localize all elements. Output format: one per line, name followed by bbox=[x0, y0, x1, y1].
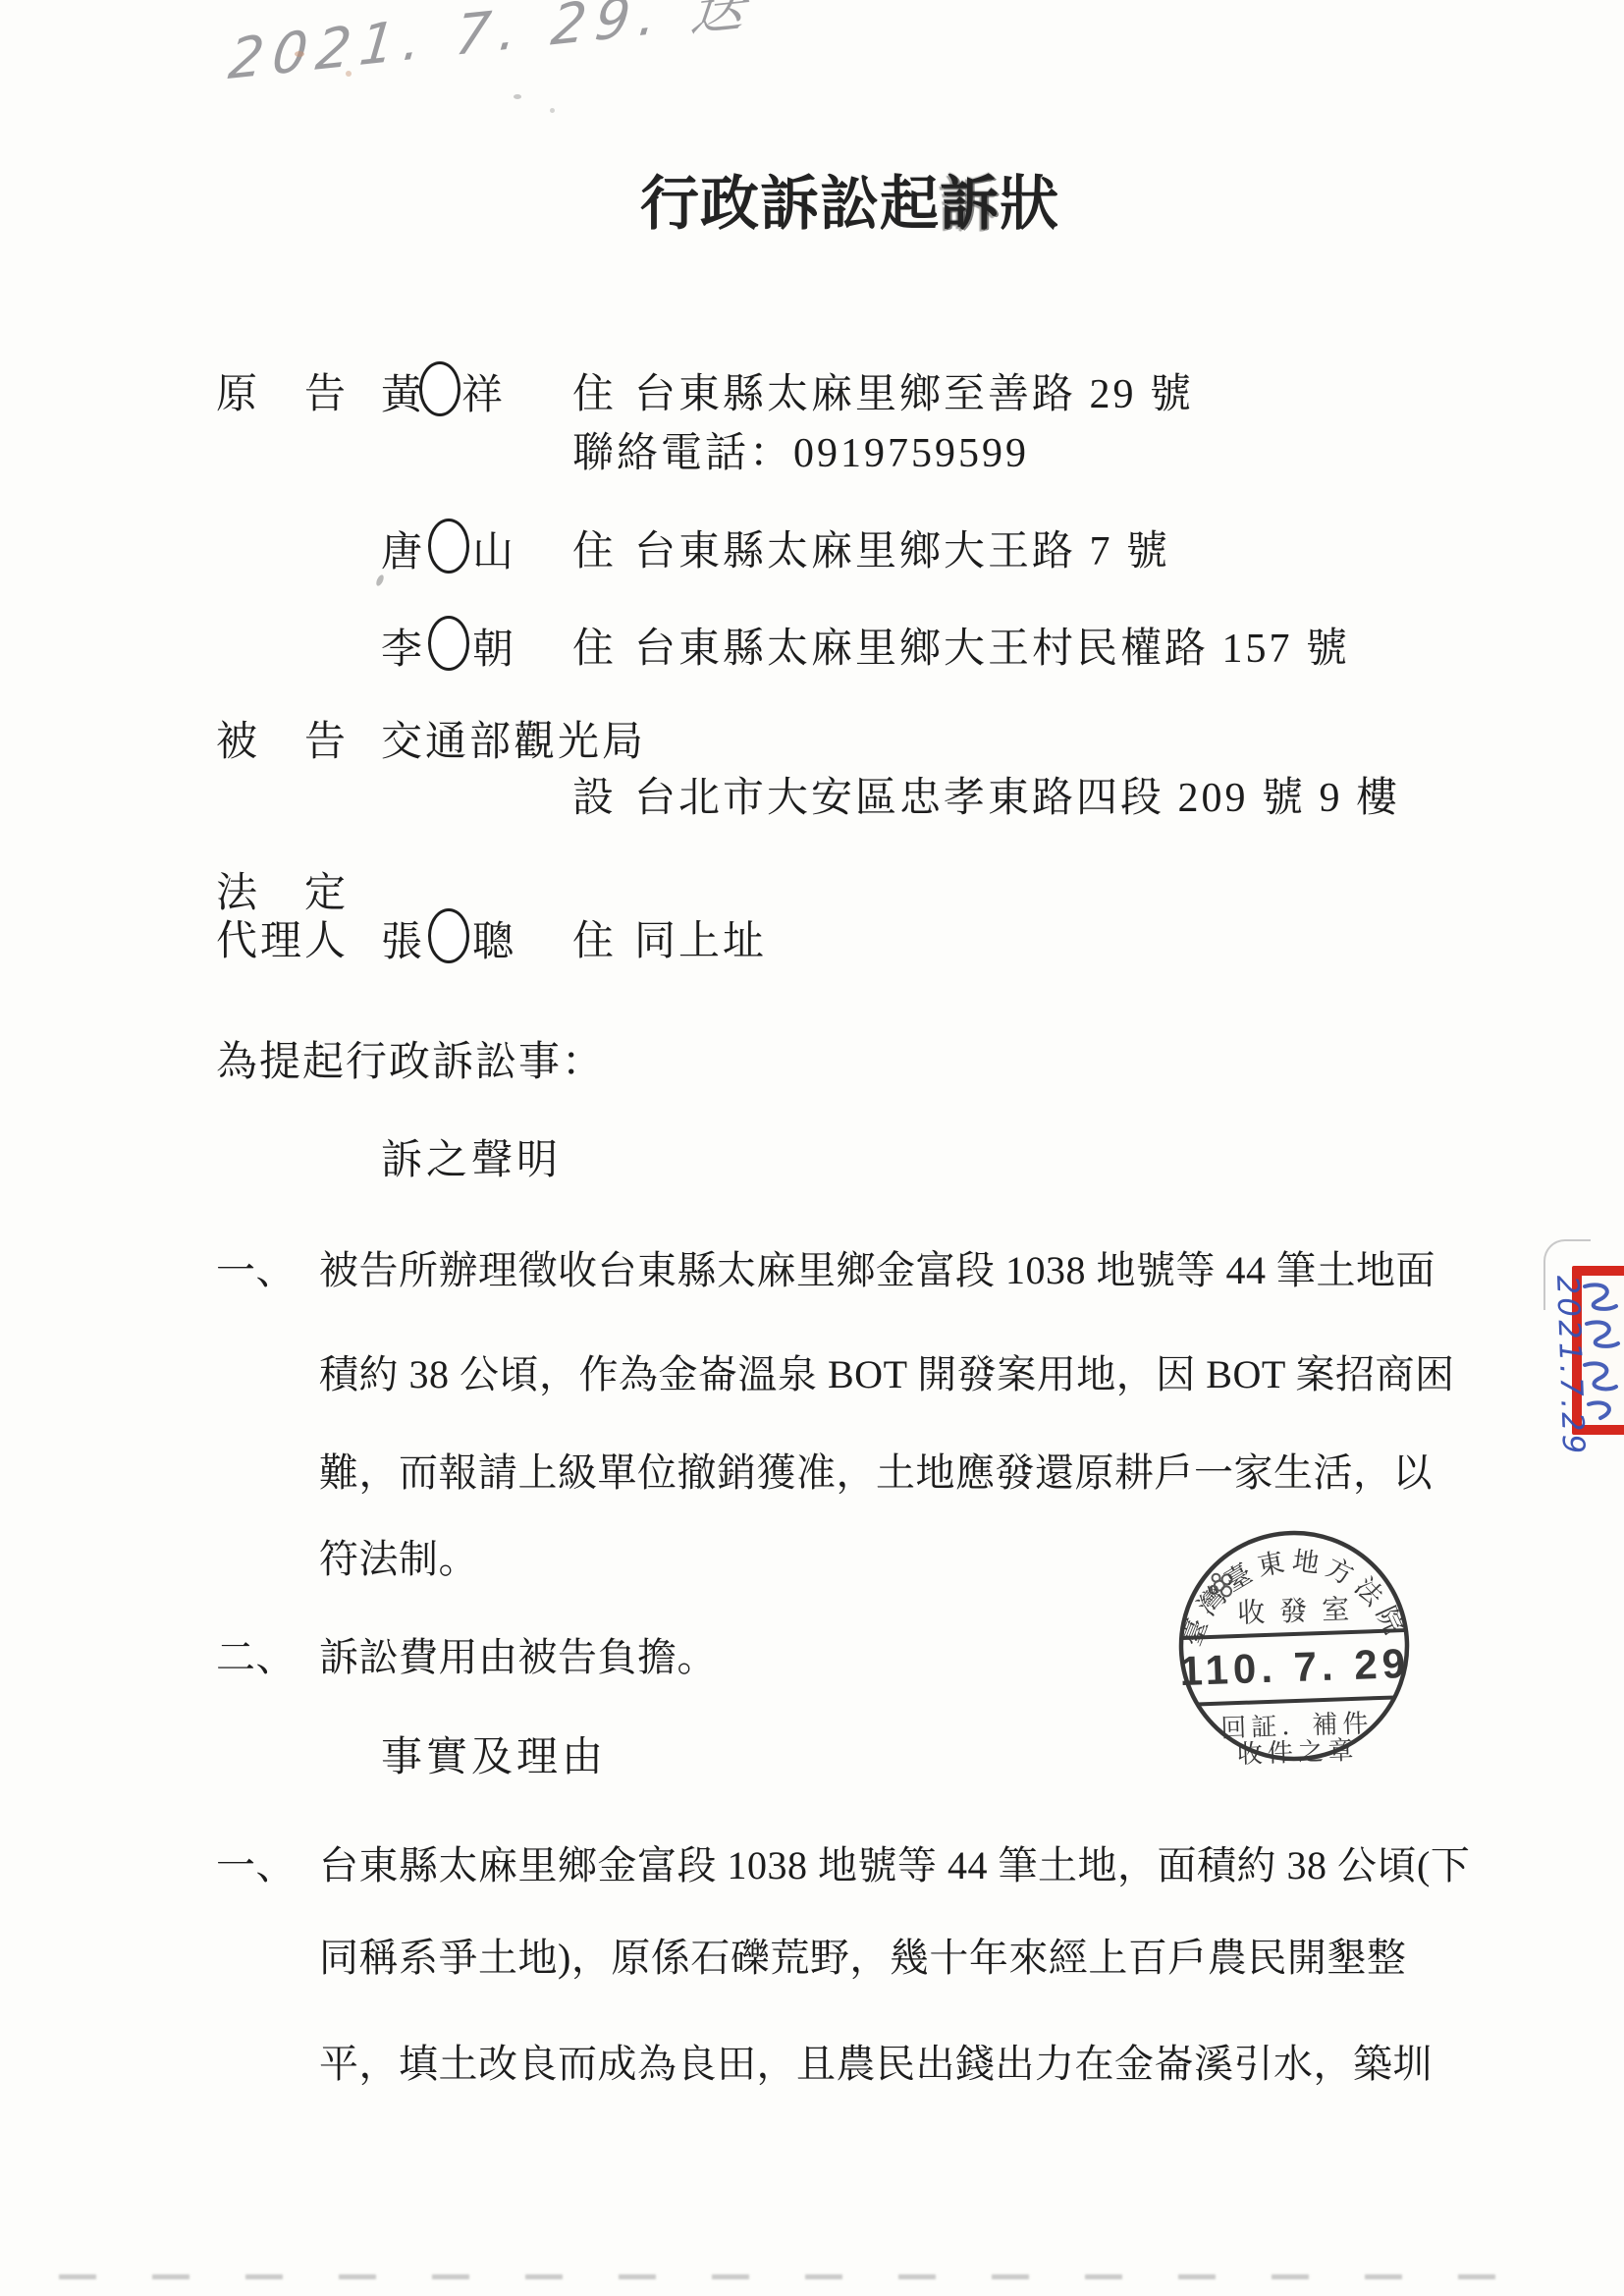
rep-label-bottom: 代理人 bbox=[216, 908, 349, 967]
rep-address: 同上址 bbox=[634, 908, 767, 967]
scanned-legal-document: 2021. 7. 29. 送 行政訴訟起訴狀 原 告 黃祥 住 台東縣太麻里鄉至… bbox=[0, 0, 1624, 2296]
redaction-circle bbox=[428, 519, 469, 574]
given-name: 朝 bbox=[472, 628, 516, 673]
plaintiff-name: 唐山 bbox=[381, 519, 516, 578]
residence-label: 住 bbox=[572, 519, 617, 577]
surname: 李 bbox=[381, 628, 425, 673]
title-part: 行政訴訟起 bbox=[640, 172, 940, 237]
redaction-circle bbox=[428, 908, 469, 963]
given-name: 山 bbox=[472, 530, 516, 575]
claim-1-number: 一、 bbox=[216, 1239, 296, 1295]
residence-label: 住 bbox=[572, 616, 617, 675]
fact-1-line: 同稱系爭土地)，原係石礫荒野，幾十年來經上百戶農民開墾整 bbox=[319, 1927, 1406, 1983]
top-date-handwriting: 2021. 7. 29. 送 bbox=[225, 0, 759, 95]
stamp-note-line2: 收件之章 bbox=[1236, 1736, 1359, 1769]
scan-speck bbox=[295, 51, 304, 57]
scan-speck bbox=[346, 71, 352, 77]
plaintiff-address: 台東縣太麻里鄉大王路 7 號 bbox=[634, 519, 1170, 577]
phone-number: 0919759599 bbox=[793, 431, 1029, 476]
fact-1-line: 平，填土改良而成為良田，且農民出錢出力在金崙溪引水，築圳 bbox=[319, 2033, 1433, 2089]
plaintiff-address: 台東縣太麻里鄉大王村民權路 157 號 bbox=[634, 616, 1350, 675]
plaintiff-row-2: 唐山 住 台東縣太麻里鄉大王路 7 號 bbox=[0, 519, 1375, 577]
title-smudged-char: 訴 bbox=[940, 172, 1000, 237]
stamp-band-line bbox=[1197, 1697, 1395, 1704]
opening-sentence: 為提起行政訴訟事： bbox=[216, 1029, 605, 1088]
rep-row: 代理人 張聰 住 同上址 bbox=[0, 908, 1375, 967]
surname: 黃 bbox=[381, 373, 425, 418]
stamp-room: 收發室 bbox=[1237, 1594, 1365, 1629]
plaintiff-address: 台東縣太麻里鄉至善路 29 號 bbox=[634, 361, 1194, 420]
title-part: 狀 bbox=[1000, 172, 1059, 237]
document-title: 行政訴訟起訴狀 bbox=[640, 157, 1059, 242]
redaction-circle bbox=[428, 616, 469, 671]
given-name: 祥 bbox=[461, 373, 506, 418]
surname: 張 bbox=[381, 920, 425, 965]
phone-line: 聯絡電話：0919759599 bbox=[572, 420, 1029, 479]
stamp-date: 110. 7. 29 bbox=[1179, 1640, 1411, 1694]
plaintiff-row-3: 李朝 住 台東縣太麻里鄉大王村民權路 157 號 bbox=[0, 616, 1375, 675]
defendant-name: 交通部觀光局 bbox=[381, 709, 646, 768]
claim-1-line: 符法制。 bbox=[319, 1528, 478, 1584]
scan-speck bbox=[514, 94, 521, 99]
claim-1-line: 積約 38 公頃，作為金崙溫泉 BOT 開發案用地，因 BOT 案招商困 bbox=[319, 1343, 1455, 1399]
bottom-scan-smudge bbox=[59, 2274, 1551, 2279]
phone-label: 聯絡電話： bbox=[572, 431, 793, 476]
plaintiff-name: 黃祥 bbox=[381, 361, 506, 421]
fact-1-number: 一、 bbox=[216, 1834, 296, 1890]
plaintiff-name: 李朝 bbox=[381, 616, 516, 676]
surname: 唐 bbox=[381, 530, 425, 575]
plaintiff-phone-row: 聯絡電話：0919759599 bbox=[0, 420, 1375, 479]
blue-handwriting-scribble bbox=[1577, 1279, 1622, 1426]
residence-label: 住 bbox=[572, 908, 617, 967]
redaction-circle bbox=[419, 361, 460, 416]
claim-1-line: 被告所辦理徵收台東縣太麻里鄉金富段 1038 地號等 44 筆土地面 bbox=[319, 1239, 1435, 1295]
facts-heading: 事實及理由 bbox=[381, 1724, 607, 1783]
scan-speck bbox=[550, 108, 555, 113]
seat-label: 設 bbox=[572, 765, 617, 824]
plaintiff-row-1: 原 告 黃祥 住 台東縣太麻里鄉至善路 29 號 bbox=[0, 361, 1375, 420]
claim-1-line: 難，而報請上級單位撤銷獲准，土地應發還原耕戶一家生活，以 bbox=[319, 1442, 1433, 1498]
claims-heading: 訴之聲明 bbox=[381, 1127, 562, 1186]
fact-1-line: 台東縣太麻里鄉金富段 1038 地號等 44 筆土地，面積約 38 公頃(下 bbox=[319, 1834, 1470, 1890]
defendant-row: 被 告 交通部觀光局 bbox=[0, 709, 1375, 768]
stamp-band-line bbox=[1183, 1630, 1405, 1638]
residence-label: 住 bbox=[572, 361, 617, 420]
rep-name: 張聰 bbox=[381, 908, 516, 968]
given-name: 聰 bbox=[472, 920, 516, 965]
defendant-address: 台北市大安區忠孝東路四段 209 號 9 樓 bbox=[634, 765, 1400, 824]
claim-2-number: 二、 bbox=[216, 1626, 296, 1682]
court-stamp: 臺灣臺東地方法院 收發室 110. 7. 29 回証．補件 收件之章 bbox=[1163, 1514, 1427, 1778]
claim-2-line: 訴訟費用由被告負擔。 bbox=[319, 1626, 717, 1682]
defendant-label: 被 告 bbox=[216, 709, 349, 768]
defendant-address-row: 設 台北市大安區忠孝東路四段 209 號 9 樓 bbox=[0, 765, 1375, 824]
plaintiff-label: 原 告 bbox=[216, 361, 349, 420]
